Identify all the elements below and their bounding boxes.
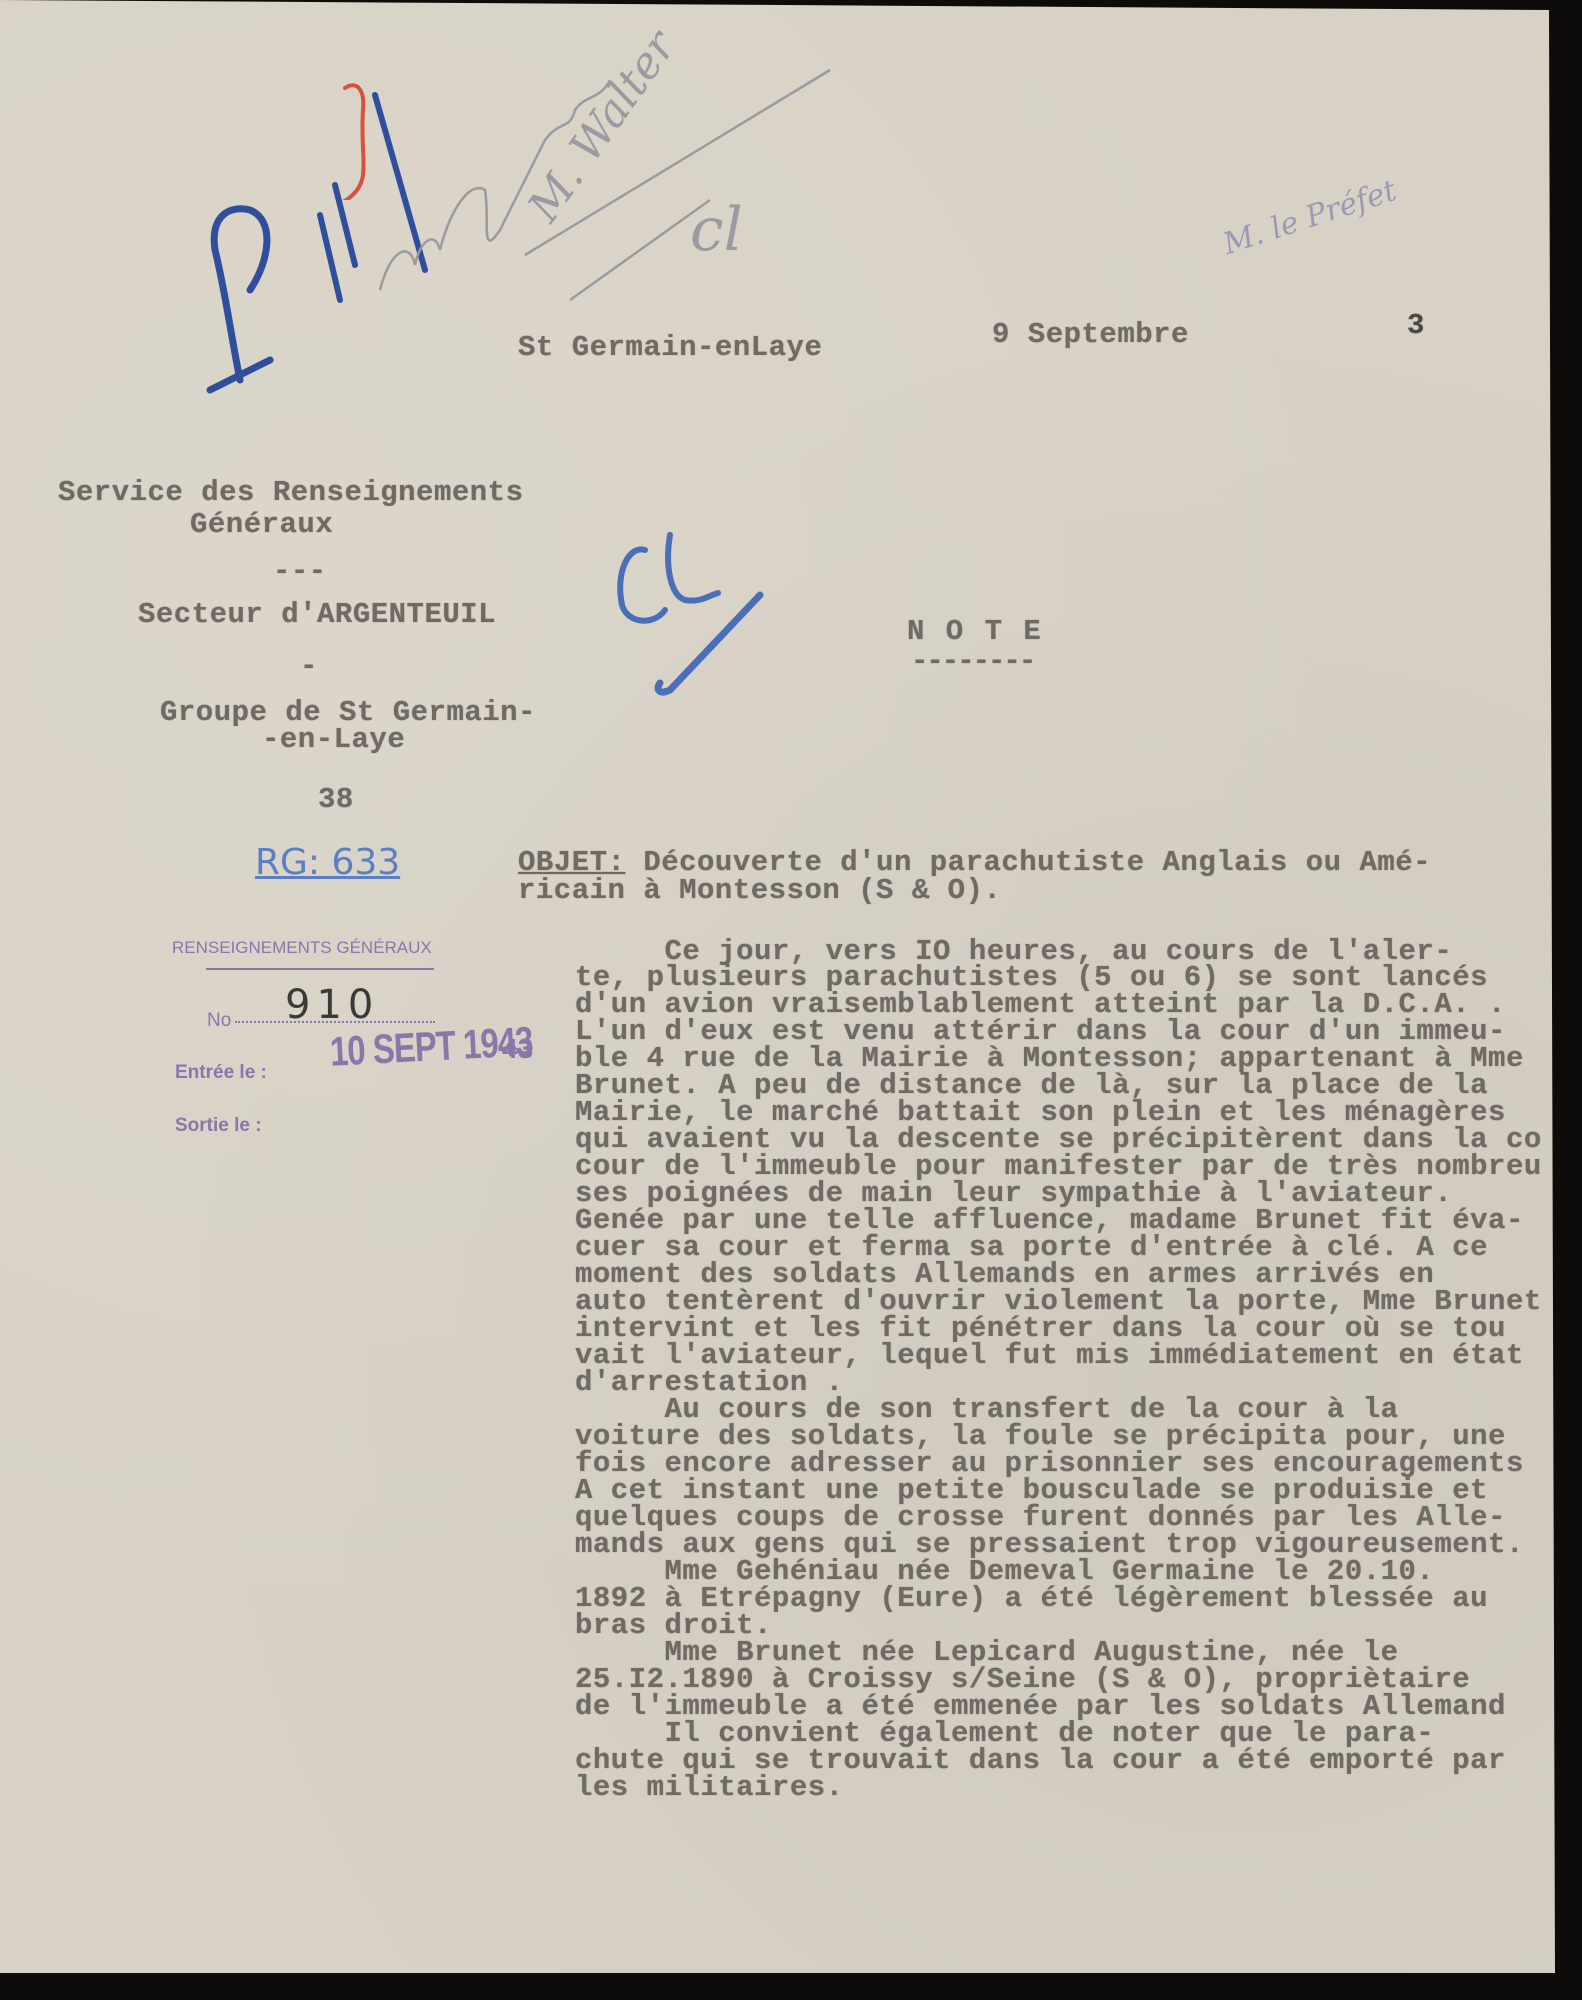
page-number: 3 (1407, 311, 1425, 340)
margin-stamp-number: 43 (502, 1033, 533, 1065)
objet-line-2: ricain à Montesson (S & O). (518, 876, 1001, 905)
rg-reference: RG: 633 (255, 842, 400, 883)
document-page: M. Walter cl M. le Préfet St Germain-enL… (0, 0, 1555, 1973)
date-heading: 9 Septembre (992, 320, 1189, 349)
stamp-title: RENSEIGNEMENTS GÉNÉRAUX (172, 938, 432, 958)
sender-code: 38 (318, 785, 354, 814)
stamp-sortie-label: Sortie le : (175, 1115, 262, 1137)
stamp-entree-label: Entrée le : (175, 1062, 267, 1084)
sender-sector: Secteur d'ARGENTEUIL (138, 600, 496, 629)
note-underline: -------- (911, 647, 1034, 676)
pencil-cl-annotation: cl (690, 195, 743, 265)
place-heading: St Germain-enLaye (518, 333, 822, 362)
blue-initials-mark (610, 525, 780, 700)
pencil-prefet-annotation: M. le Préfet (1219, 173, 1401, 262)
sender-separator-2: - (300, 652, 318, 681)
objet-line-1: OBJET: Découverte d'un parachutiste Angl… (518, 848, 1431, 877)
sender-service: Service des Renseignements (58, 478, 523, 507)
sender-separator: --- (273, 557, 327, 586)
stamp-no-label: No (207, 1010, 231, 1032)
sender-generaux: Généraux (190, 510, 333, 539)
stamp-divider (206, 968, 434, 970)
sender-group-cont: -en-Laye (262, 725, 405, 754)
note-title: N O T E (907, 617, 1043, 646)
stamp-no-value: 910 (285, 982, 379, 1028)
body-line: les militaires. (575, 1773, 844, 1802)
